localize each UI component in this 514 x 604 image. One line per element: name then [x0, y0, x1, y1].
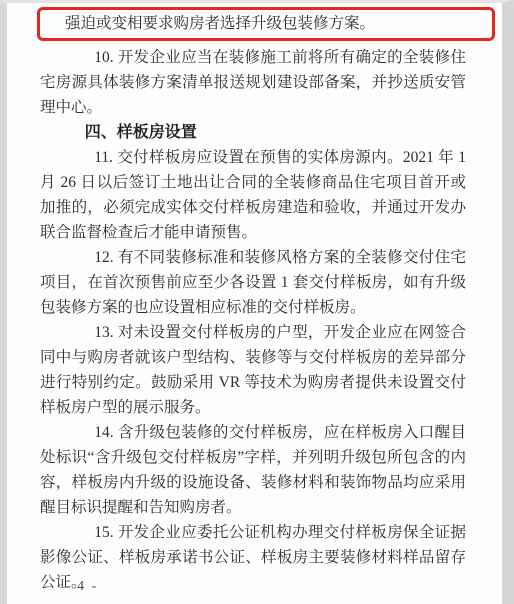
paragraph-item-13: 13. 对未设置交付样板房的户型，开发企业应在网签合同中与购房者就该户型结构、装…: [40, 320, 466, 420]
page-number: - 4 -: [65, 579, 98, 595]
highlighted-sentence: 强迫或变相要求购房者选择升级包装修方案。: [65, 15, 375, 32]
paragraph-item-14: 14. 含升级包装修的交付样板房，应在样板房入口醒目处标识“含升级包交付样板房”…: [40, 420, 466, 520]
paragraph-item-11: 11. 交付样板房应设置在预售的实体房源内。2021 年 1 月 26 日以后签…: [40, 145, 466, 245]
paragraph-item-10: 10. 开发企业应当在装修施工前将所有确定的全装修住宅房源具体装修方案清单报送规…: [40, 45, 466, 120]
highlight-annotation-box: 强迫或变相要求购房者选择升级包装修方案。: [37, 7, 495, 41]
paragraph-item-15: 15. 开发企业应委托公证机构办理交付样板房保全证据影像公证、样板房承诺书公证、…: [40, 520, 466, 595]
section-heading: 四、样板房设置: [40, 120, 466, 145]
paragraph-item-12: 12. 有不同装修标准和装修风格方案的全装修交付住宅项目，在首次预售前应至少各设…: [40, 245, 466, 320]
scanned-document-page: 强迫或变相要求购房者选择升级包装修方案。 10. 开发企业应当在装修施工前将所有…: [0, 0, 514, 604]
document-body: 强迫或变相要求购房者选择升级包装修方案。 10. 开发企业应当在装修施工前将所有…: [40, 7, 466, 595]
